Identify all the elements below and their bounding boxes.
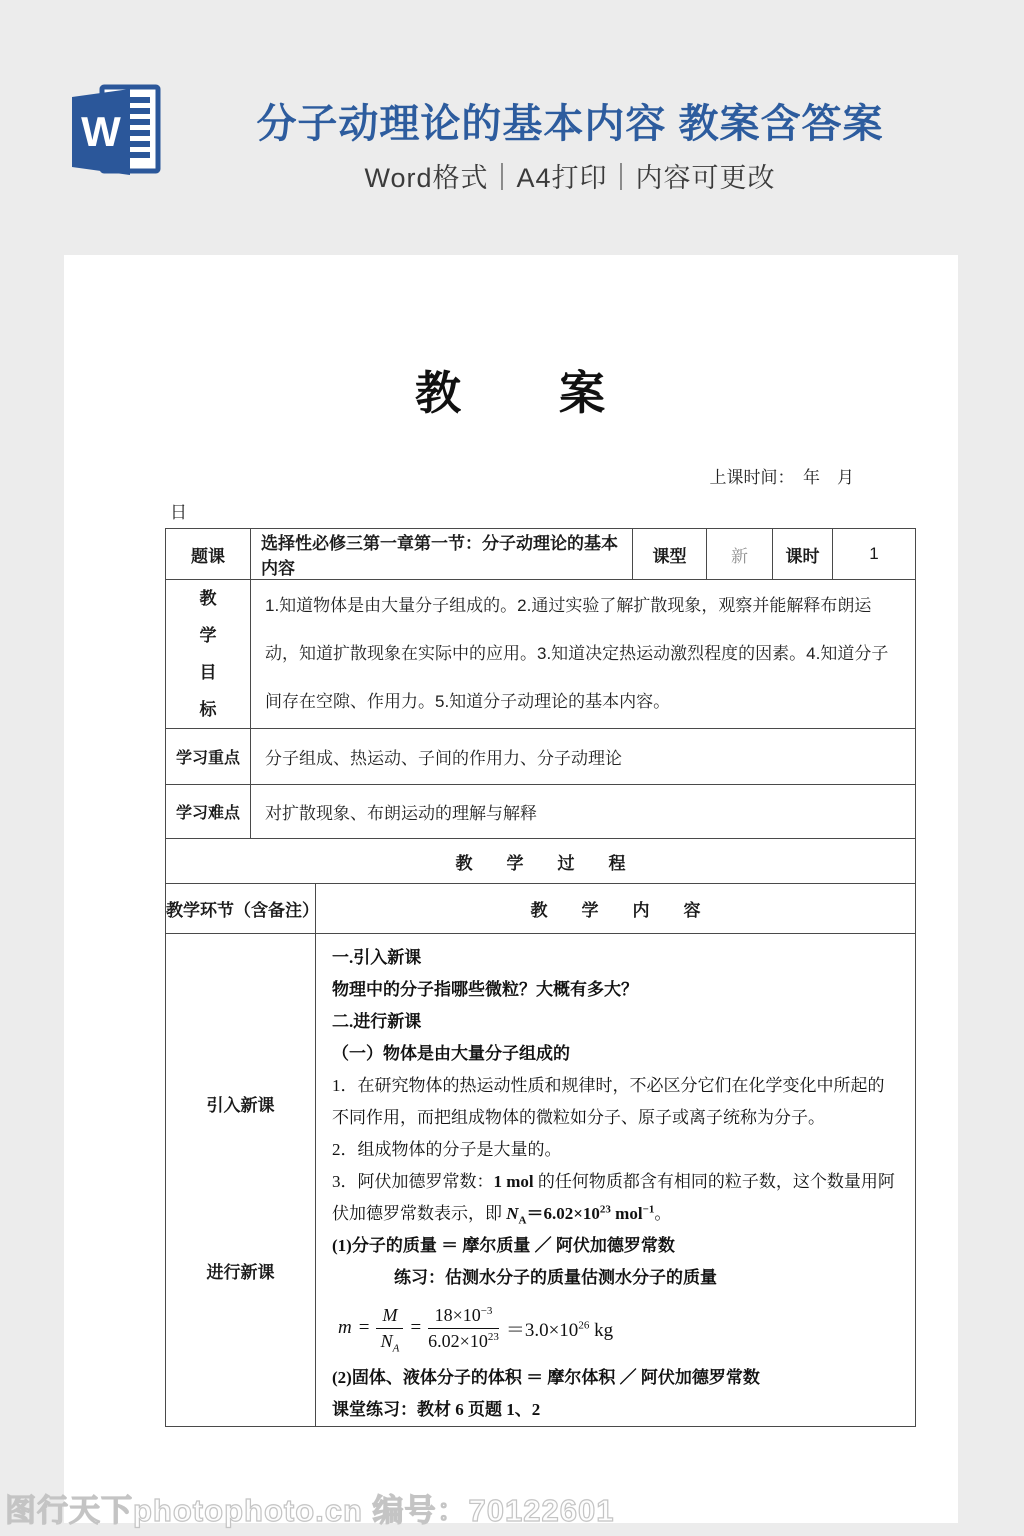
lesson-paragraph: 物理中的分子指哪些微粒？大概有多大？	[332, 974, 899, 1006]
site-watermark: 图行天下photophoto.cn 编号：70122601	[5, 1485, 614, 1530]
page-subtitle: Word格式｜A4打印｜内容可更改	[180, 156, 960, 195]
teaching-step-header: 教学环节（含备注）	[166, 884, 316, 934]
day-label: 日	[170, 498, 187, 523]
teaching-content-header: 教 学 内 容	[316, 884, 916, 934]
lesson-paragraph: 2．组成物体的分子是大量的。	[332, 1134, 899, 1166]
topic-content: 选择性必修三第一章第一节：分子动理论的基本内容	[251, 529, 633, 580]
fraction: M NA	[376, 1305, 403, 1352]
lesson-paragraph: (2)固体、液体分子的体积 ＝ 摩尔体积 ／ 阿伏加德罗常数	[332, 1362, 899, 1394]
key-points-content: 分子组成、热运动、子间的作用力、分子动理论	[251, 729, 916, 785]
word-icon: W	[62, 82, 164, 182]
course-type-value: 新	[707, 529, 773, 580]
table-row: 引入新课 进行新课 一.引入新课 物理中的分子指哪些微粒？大概有多大？ 二.进行…	[166, 934, 916, 1427]
lesson-paragraph: 1．在研究物体的热运动性质和规律时，不必区分它们在化学变化中所起的不同作用，而把…	[332, 1070, 899, 1134]
key-points-label: 学习重点	[166, 729, 251, 785]
period-value: 1	[833, 529, 916, 580]
lesson-paragraph: 课堂练习：教材 6 页题 1、2	[332, 1394, 899, 1426]
lesson-paragraph: 二.进行新课	[332, 1006, 899, 1038]
lesson-paragraph: （一）物体是由大量分子组成的	[332, 1038, 899, 1070]
lesson-plan-table: 题课 选择性必修三第一章第一节：分子动理论的基本内容 课型 新 课时 1 教 学…	[165, 528, 916, 1427]
lesson-content: 一.引入新课 物理中的分子指哪些微粒？大概有多大？ 二.进行新课 （一）物体是由…	[316, 934, 916, 1427]
class-time-line: 上课时间： 年 月	[710, 463, 855, 488]
topic-label: 题课	[166, 529, 251, 580]
lesson-paragraph-avogadro: 3．阿伏加德罗常数：1 mol 的任何物质都含有相同的粒子数，这个数量用阿伏加德…	[332, 1166, 899, 1230]
table-row: 学习重点 分子组成、热运动、子间的作用力、分子动理论	[166, 729, 916, 785]
site-header: W 分子动理论的基本内容 教案含答案 Word格式｜A4打印｜内容可更改	[0, 0, 1024, 255]
table-row: 学习难点 对扩散现象、布朗运动的理解与解释	[166, 785, 916, 839]
page-title: 分子动理论的基本内容 教案含答案	[180, 92, 960, 149]
mass-formula: m = M NA = 18×10−3 6.02×1023 ＝3.0×1026 k…	[338, 1302, 899, 1354]
difficulties-content: 对扩散现象、布朗运动的理解与解释	[251, 785, 916, 839]
doc-title: 教 案	[64, 357, 958, 423]
stage-column: 引入新课 进行新课	[166, 934, 316, 1427]
table-row: 题课 选择性必修三第一章第一节：分子动理论的基本内容 课型 新 课时 1	[166, 529, 916, 580]
stage-new-lesson-label: 进行新课	[166, 1258, 315, 1283]
course-type-label: 课型	[633, 529, 707, 580]
table-row: 教学环节（含备注） 教 学 内 容	[166, 884, 916, 934]
lesson-paragraph: 一.引入新课	[332, 942, 899, 974]
table-row: 教 学 过 程	[166, 839, 916, 884]
period-label: 课时	[773, 529, 833, 580]
stage-intro-label: 引入新课	[166, 1091, 315, 1116]
lesson-paragraph: 练习：估测水分子的质量估测水分子的质量	[332, 1262, 899, 1294]
table-row: 教 学 目 标 1.知道物体是由大量分子组成的。2.通过实验了解扩散现象，观察并…	[166, 580, 916, 729]
difficulties-label: 学习难点	[166, 785, 251, 839]
document-page: 教 案 上课时间： 年 月 日 题课 选择性必修三第一章第一节：分子动理论的基本…	[64, 255, 958, 1523]
teaching-goals-label: 教 学 目 标	[166, 580, 251, 729]
teaching-process-header: 教 学 过 程	[166, 839, 916, 884]
teaching-goals-content: 1.知道物体是由大量分子组成的。2.通过实验了解扩散现象，观察并能解释布朗运动，…	[251, 580, 916, 729]
svg-text:W: W	[81, 108, 121, 155]
fraction: 18×10−3 6.02×1023	[428, 1305, 499, 1352]
lesson-paragraph: (1)分子的质量 ＝ 摩尔质量 ／ 阿伏加德罗常数	[332, 1230, 899, 1262]
